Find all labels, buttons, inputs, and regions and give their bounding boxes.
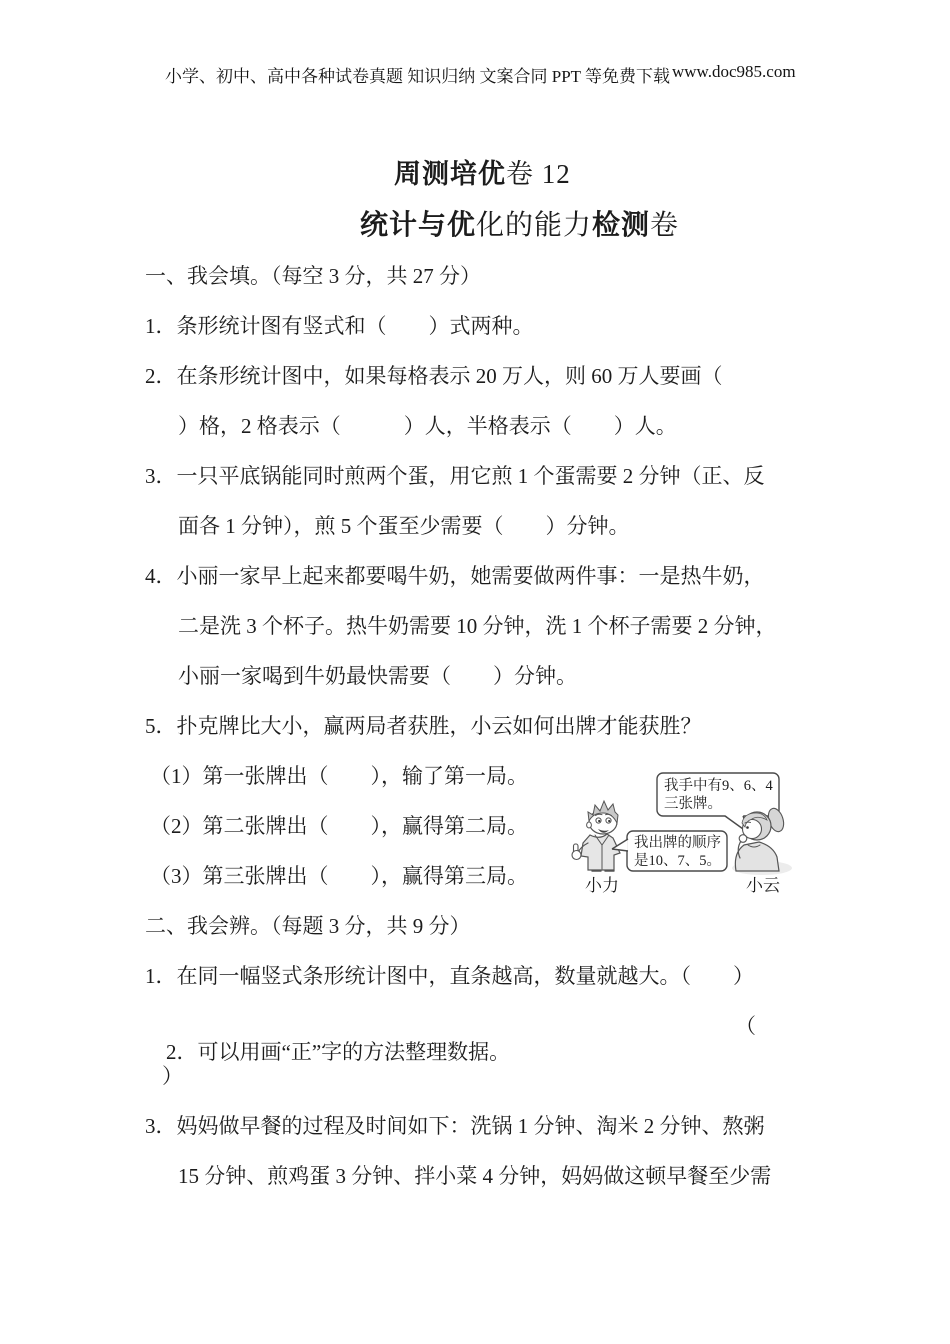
fill-q4-line2: 二是洗 3 个杯子。热牛奶需要 10 分钟，洗 1 个杯子需要 2 分钟， bbox=[178, 613, 777, 639]
xiaoyun-bubble-text: 三张牌。 bbox=[664, 795, 722, 812]
title-segment: 统计与优 bbox=[360, 209, 476, 240]
title-segment: 卷 bbox=[650, 209, 679, 240]
xiaoli-bubble-text: 我出牌的顺序 bbox=[634, 834, 721, 851]
xiaoli-bubble-text: 是10、7、5。 bbox=[634, 852, 721, 869]
fill-q5-sub3: （3）第三张牌出（ ），赢得第三局。 bbox=[150, 863, 528, 889]
header-promo-text: 小学、初中、高中各种试卷真题 知识归纳 文案合同 PPT 等免费下载 bbox=[165, 62, 670, 87]
boy-illustration bbox=[572, 801, 620, 871]
site-url-link[interactable]: www.doc985.com bbox=[672, 62, 796, 82]
fill-q5-sub2: （2）第二张牌出（ ），赢得第二局。 bbox=[150, 813, 528, 839]
xiaoli-name-label: 小力 bbox=[585, 876, 619, 895]
xiaoyun-bubble-text: 我手中有9、6、4 bbox=[664, 777, 773, 794]
card-game-illustration: 我手中有9、6、4 三张牌。 我出牌的顺序 是1 bbox=[560, 763, 950, 900]
title-segment: 12 bbox=[534, 159, 571, 189]
fill-q4-line1: 4．小丽一家早上起来都要喝牛奶，她需要做两件事：一是热牛奶， bbox=[145, 563, 765, 589]
judge-q2-open-paren: （ bbox=[735, 1013, 756, 1039]
xiaoli-speech-bubble: 我出牌的顺序 是10、7、5。 bbox=[612, 831, 727, 871]
test-paper-page: 小学、初中、高中各种试卷真题 知识归纳 文案合同 PPT 等免费下载 www.d… bbox=[0, 0, 950, 1344]
fill-q2-line1: 2．在条形统计图中，如果每格表示 20 万人，则 60 万人要画（ bbox=[145, 363, 723, 389]
judge-q2: 2．可以用画“正”字的方法整理数据。 （ bbox=[145, 1013, 510, 1117]
fill-q2-line2: ）格，2 格表示（ ）人，半格表示（ ）人。 bbox=[178, 413, 677, 439]
fill-q5-sub1: （1）第一张牌出（ ），输了第一局。 bbox=[150, 763, 528, 789]
judge-q3-line2: 15 分钟、煎鸡蛋 3 分钟、拌小菜 4 分钟，妈妈做这顿早餐至少需 bbox=[178, 1163, 771, 1189]
fill-q4-line3: 小丽一家喝到牛奶最快需要（ ）分钟。 bbox=[178, 663, 577, 689]
fill-q1: 1．条形统计图有竖式和（ ）式两种。 bbox=[145, 313, 534, 339]
judge-q2-text: 2．可以用画“正”字的方法整理数据。 bbox=[166, 1040, 510, 1064]
paper-title: 周测培优卷 12 bbox=[394, 152, 571, 191]
fill-section-heading: 一、我会填。（每空 3 分，共 27 分） bbox=[145, 263, 481, 289]
fill-q3-line1: 3．一只平底锅能同时煎两个蛋，用它煎 1 个蛋需要 2 分钟（正、反 bbox=[145, 463, 765, 489]
judge-q2-close-paren: ） bbox=[162, 1063, 183, 1089]
judge-q3-line1: 3．妈妈做早餐的过程及时间如下：洗锅 1 分钟、淘米 2 分钟、熬粥 bbox=[145, 1113, 765, 1139]
title-segment: 卷 bbox=[506, 159, 534, 189]
title-segment: 化的能力 bbox=[476, 209, 592, 240]
fill-q5: 5．扑克牌比大小，赢两局者获胜，小云如何出牌才能获胜？ bbox=[145, 713, 702, 739]
fill-q3-line2: 面各 1 分钟），煎 5 个蛋至少需要（ ）分钟。 bbox=[178, 513, 630, 539]
title-segment: 周测培优 bbox=[394, 159, 506, 189]
paper-subtitle: 统计与优化的能力检测卷 bbox=[360, 203, 679, 243]
title-segment: 检测 bbox=[592, 209, 650, 240]
xiaoyun-name-label: 小云 bbox=[746, 876, 780, 895]
judge-section-heading: 二、我会辨。（每题 3 分，共 9 分） bbox=[145, 913, 471, 939]
judge-q1: 1．在同一幅竖式条形统计图中，直条越高，数量就越大。（ ） bbox=[145, 963, 754, 989]
